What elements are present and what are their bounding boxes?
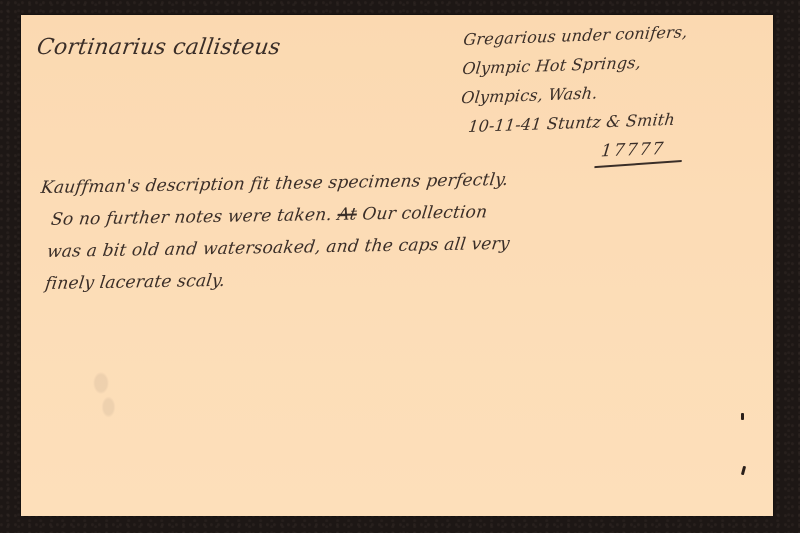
struck-text: At bbox=[336, 205, 358, 225]
herbarium-index-card: Cortinarius callisteus Gregarious under … bbox=[21, 15, 773, 516]
faint-stain-mark bbox=[81, 365, 131, 425]
note-text: Our collection bbox=[361, 202, 488, 224]
species-name: Cortinarius callisteus bbox=[35, 35, 282, 60]
collection-info: Gregarious under conifers, Olympic Hot S… bbox=[450, 17, 690, 171]
pin-hole-mark bbox=[741, 413, 744, 420]
description-notes: Kauffman's description fit these specime… bbox=[27, 164, 519, 301]
note-text: So no further notes were taken. bbox=[50, 205, 333, 230]
pin-hole-mark bbox=[741, 466, 746, 475]
